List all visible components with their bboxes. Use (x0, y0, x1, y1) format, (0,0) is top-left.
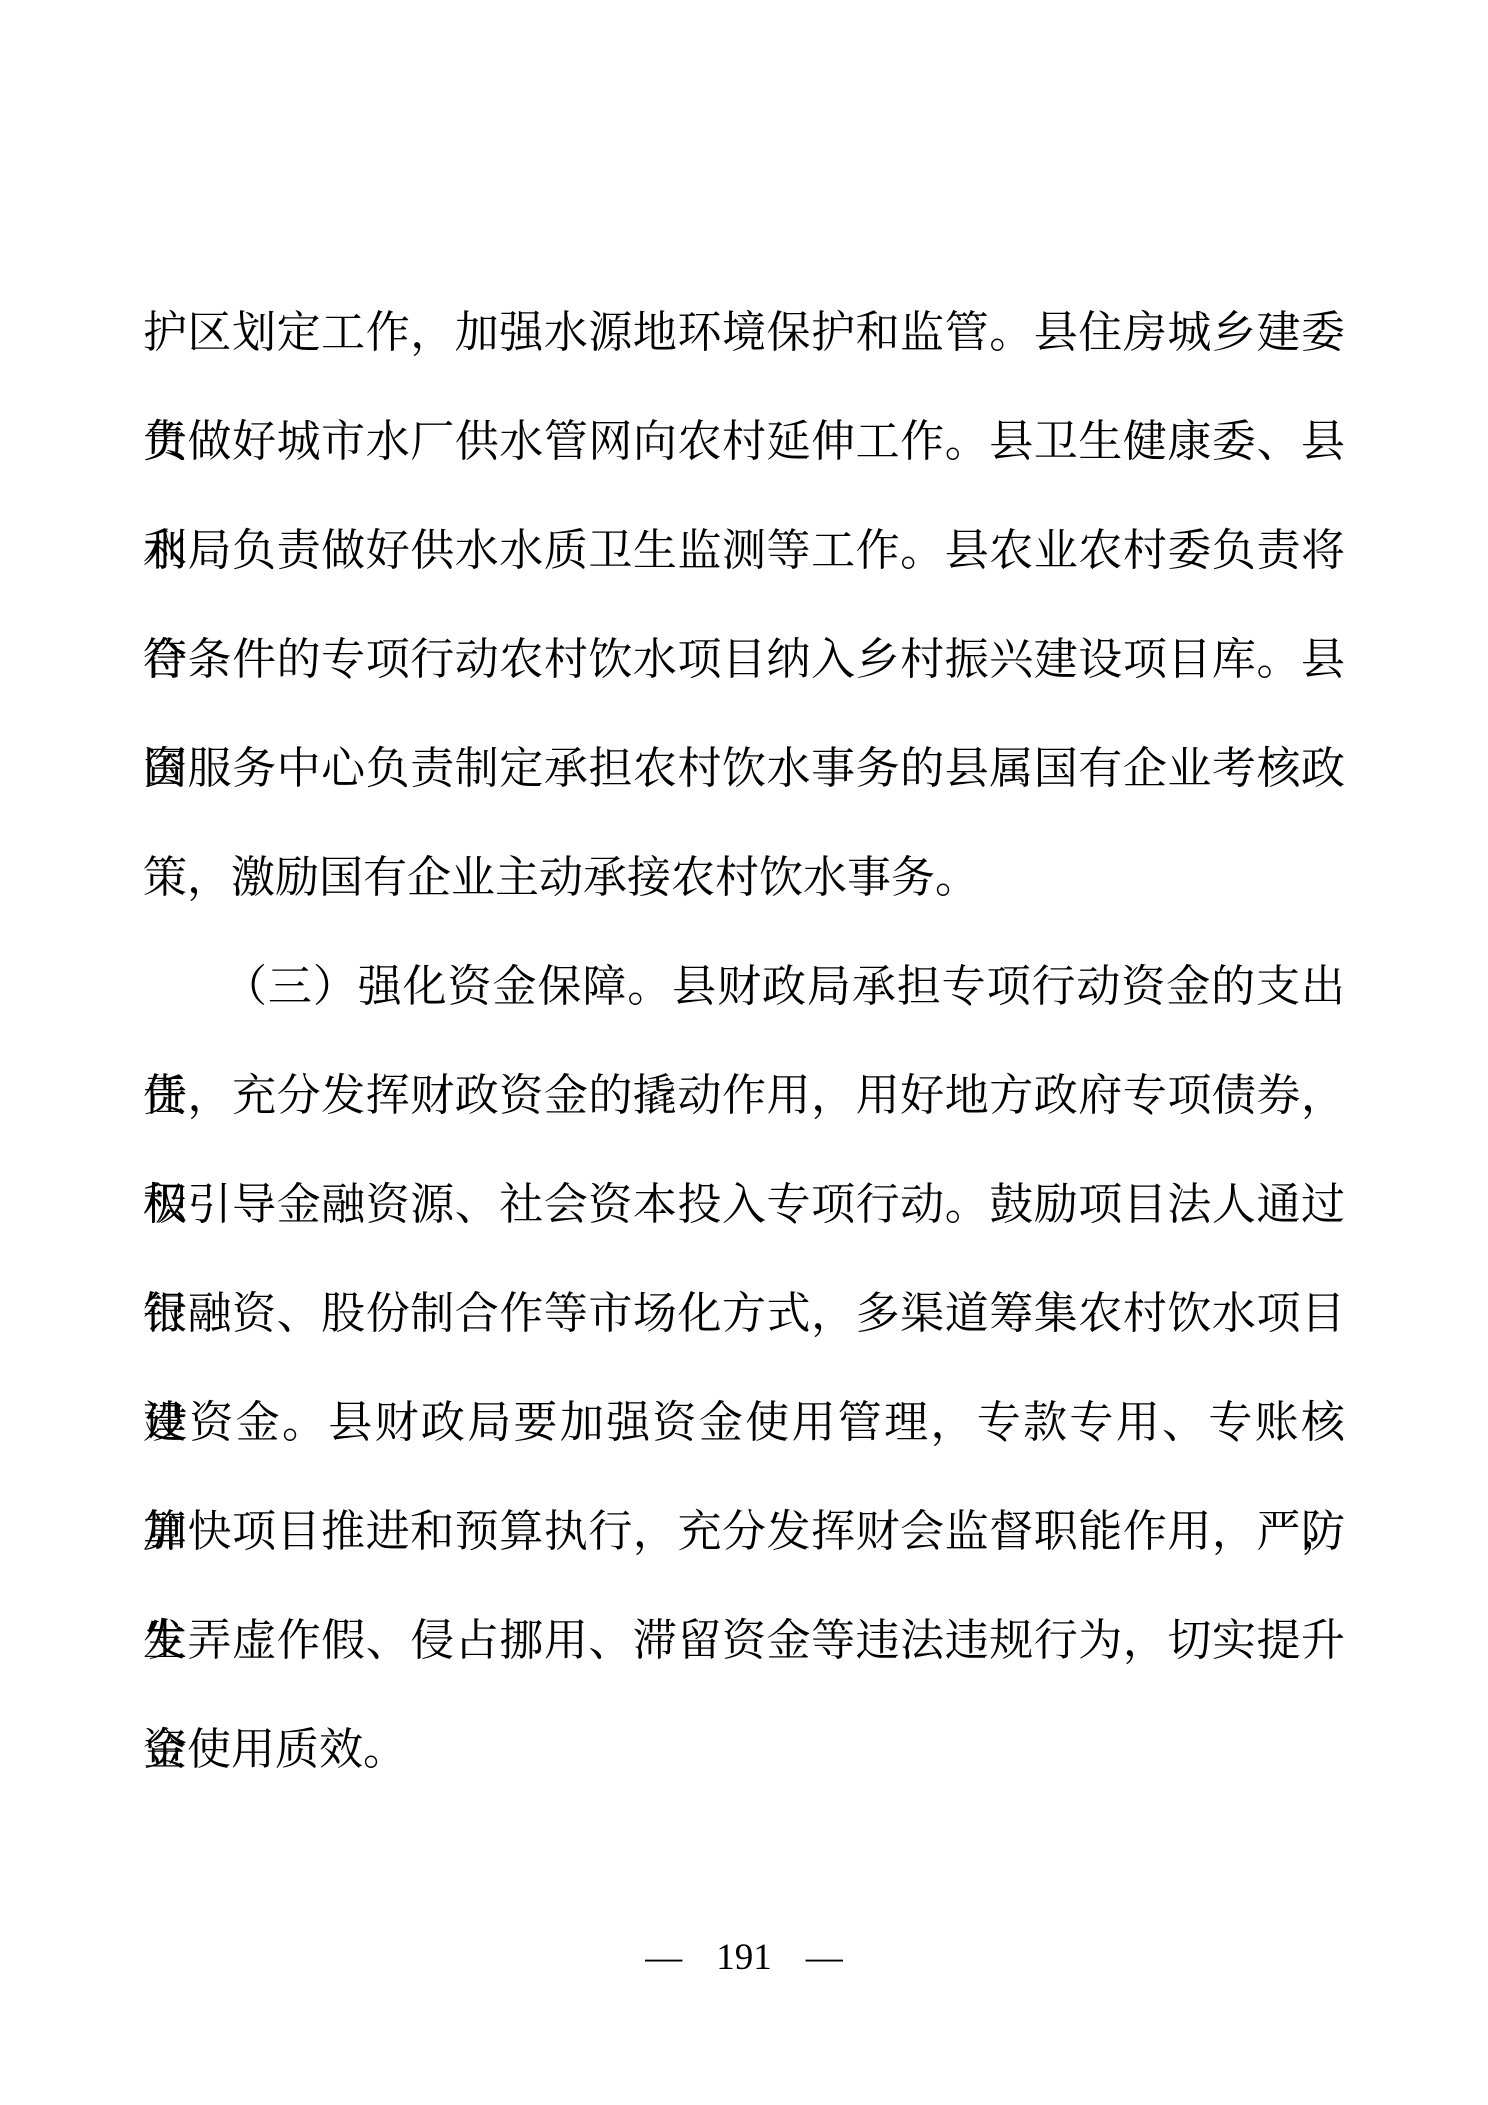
document-page: 护区划定工作，加强水源地环境保护和监管。县住房城乡建委负 责做好城市水厂供水管网… (0, 0, 1488, 2105)
text-line: （三）强化资金保障。县财政局承担专项行动资金的支出责 (143, 932, 1345, 1041)
text-line: 护区划定工作，加强水源地环境保护和监管。县住房城乡建委负 (143, 278, 1345, 387)
footer-dash-right: — (806, 1928, 843, 1988)
text-line: 加快项目推进和预算执行，充分发挥财会监督职能作用，严防发 (143, 1477, 1345, 1586)
text-line: 任，充分发挥财政资金的撬动作用，用好地方政府专项债券，积 (143, 1041, 1345, 1150)
page-number: 191 (716, 1928, 772, 1988)
text-line: 极引导金融资源、社会资本投入专项行动。鼓励项目法人通过银 (143, 1150, 1345, 1259)
page-body-text: 护区划定工作，加强水源地环境保护和监管。县住房城乡建委负 责做好城市水厂供水管网… (143, 278, 1345, 1804)
text-line: 金使用质效。 (143, 1695, 1345, 1804)
paragraph-2: （三）强化资金保障。县财政局承担专项行动资金的支出责 任，充分发挥财政资金的撬动… (143, 932, 1345, 1804)
footer-dash-left: — (645, 1928, 682, 1988)
text-line: 策，激励国有企业主动承接农村饮水事务。 (143, 823, 1345, 932)
text-line: 资服务中心负责制定承担农村饮水事务的县属国有企业考核政 (143, 714, 1345, 823)
text-line: 利局负责做好供水水质卫生监测等工作。县农业农村委负责将符 (143, 496, 1345, 605)
text-line: 设资金。县财政局要加强资金使用管理，专款专用、专账核算， (143, 1368, 1345, 1477)
text-line: 行融资、股份制合作等市场化方式，多渠道筹集农村饮水项目建 (143, 1259, 1345, 1368)
page-footer: —191— (0, 1928, 1488, 1988)
text-line: 合条件的专项行动农村饮水项目纳入乡村振兴建设项目库。县国 (143, 605, 1345, 714)
text-line: 责做好城市水厂供水管网向农村延伸工作。县卫生健康委、县水 (143, 387, 1345, 496)
text-line: 生弄虚作假、侵占挪用、滞留资金等违法违规行为，切实提升资 (143, 1586, 1345, 1695)
paragraph-1: 护区划定工作，加强水源地环境保护和监管。县住房城乡建委负 责做好城市水厂供水管网… (143, 278, 1345, 932)
